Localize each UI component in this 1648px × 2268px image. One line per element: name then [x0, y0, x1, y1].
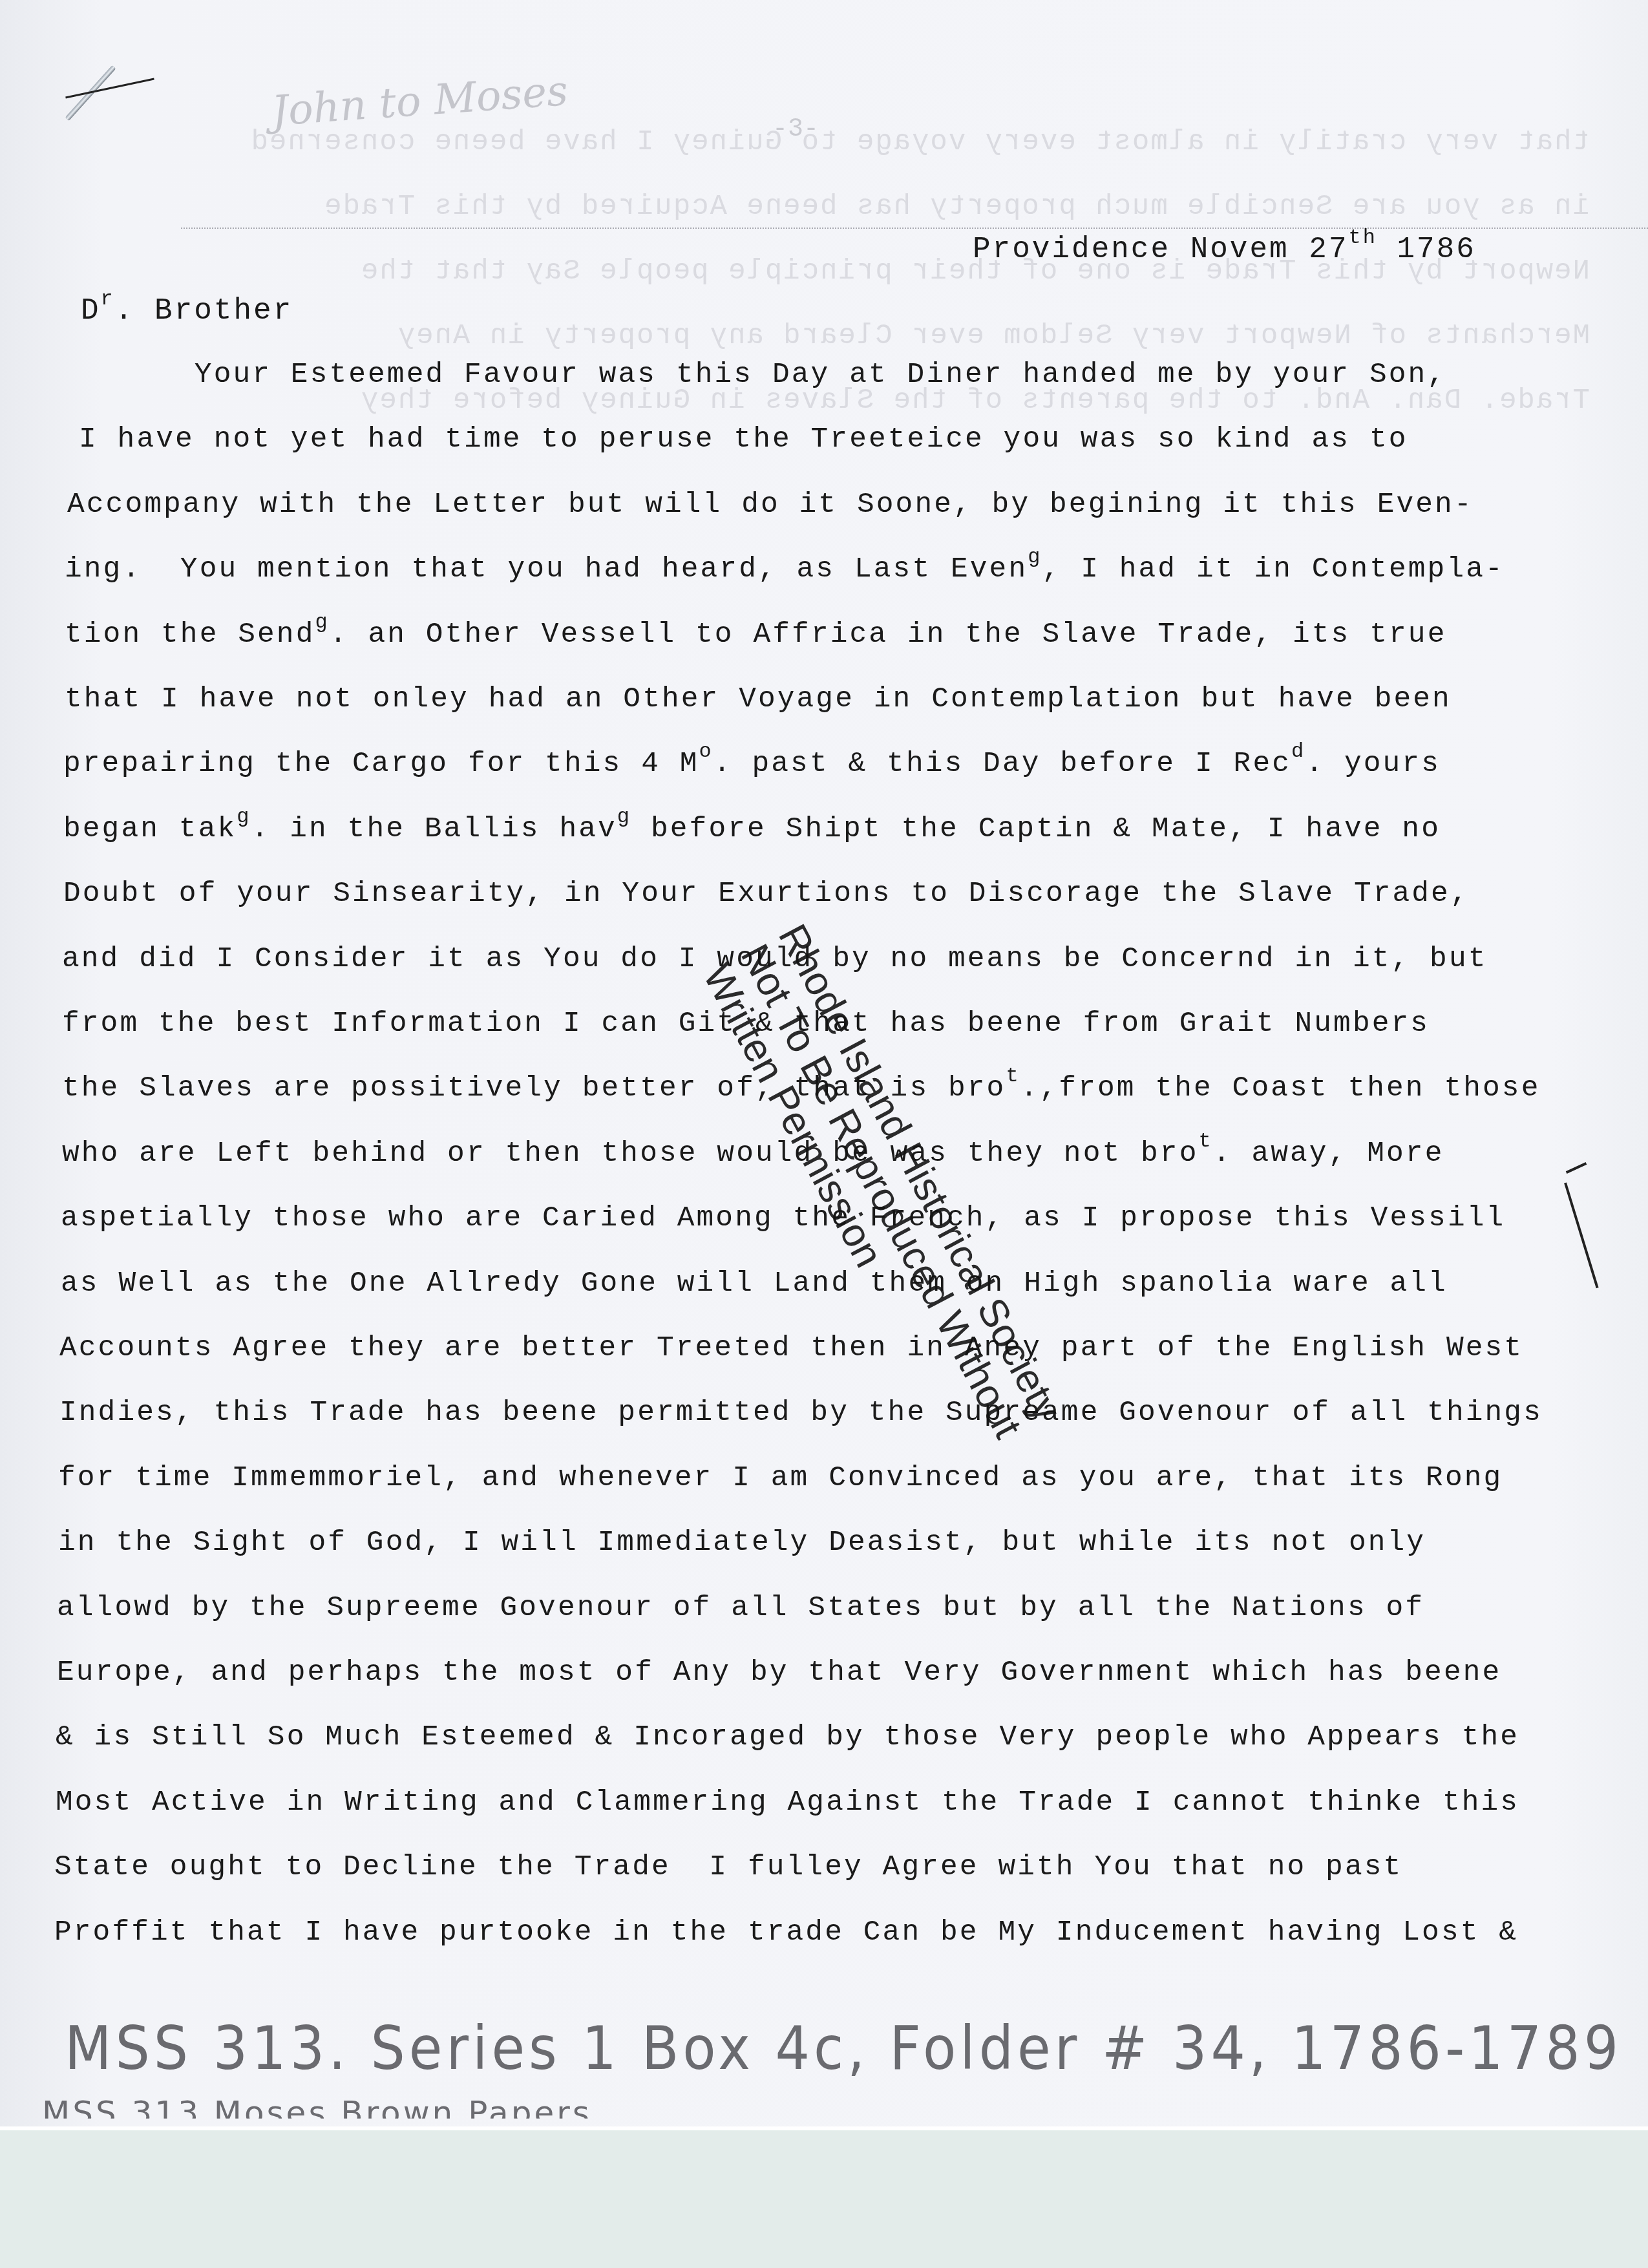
- line-text: Europe, and perhaps the most of Any by t…: [57, 1657, 1501, 1689]
- dateline-year: 1786: [1397, 233, 1476, 266]
- line-text: . away, More: [1213, 1138, 1444, 1170]
- letter-line: Accounts Agree they are better Treeted t…: [59, 1332, 1523, 1364]
- dateline: Providence Novem 27th 1786: [973, 233, 1476, 266]
- letter-line: Indies, this Trade has beene permitted b…: [59, 1397, 1543, 1429]
- superscript-abbrev: g: [315, 610, 329, 634]
- superscript-abbrev: t: [1198, 1129, 1212, 1153]
- line-text: Doubt of your Sinsearity, in Your Exurti…: [63, 878, 1470, 910]
- document-page: that very cratily in almost every voyage…: [0, 0, 1648, 2126]
- letter-line: in the Sight of God, I will Immediately …: [58, 1527, 1426, 1559]
- letter-line: aspetially those who are Caried Among th…: [61, 1202, 1505, 1235]
- line-text: & is Still So Much Esteemed & Incoraged …: [56, 1721, 1519, 1754]
- superscript-abbrev: o: [699, 739, 713, 763]
- bleedthrough-line: Merchants of Newport very Seldom ever Cl…: [90, 320, 1590, 352]
- line-text: Most Active in Writing and Clammering Ag…: [56, 1786, 1519, 1819]
- line-text: I have not yet had time to peruse the Tr…: [79, 423, 1408, 456]
- dotted-rule: [181, 228, 1648, 229]
- line-text: . past & this Day before I Rec: [713, 748, 1291, 780]
- letter-line: State ought to Decline the Trade I fulle…: [54, 1851, 1402, 1883]
- line-text: as Well as the One Allredy Gone will Lan…: [61, 1267, 1448, 1300]
- letter-line: & is Still So Much Esteemed & Incoraged …: [56, 1721, 1519, 1754]
- superscript-abbrev: g: [1028, 545, 1042, 569]
- line-text: , I had it in Contempla-: [1042, 553, 1505, 586]
- letter-line: began takg. in the Ballis havg before Sh…: [63, 813, 1441, 845]
- letter-line: ing. You mention that you had heard, as …: [65, 553, 1505, 586]
- pen-mark: [1564, 1182, 1599, 1288]
- letter-line: allowd by the Supreeme Govenour of all S…: [57, 1592, 1424, 1624]
- bleedthrough-line: in as you are Sencible much property has…: [90, 191, 1590, 223]
- line-text: . in the Ballis hav: [251, 813, 617, 845]
- line-text: allowd by the Supreeme Govenour of all S…: [57, 1592, 1424, 1624]
- salutation-prefix: D: [81, 294, 101, 328]
- dateline-day-suffix: th: [1349, 226, 1377, 249]
- line-text: before Shipt the Captin & Mate, I have n…: [631, 813, 1441, 845]
- line-text: .,from the Coast then those: [1020, 1072, 1541, 1105]
- line-text: began tak: [63, 813, 237, 845]
- letter-line: I have not yet had time to peruse the Tr…: [79, 423, 1408, 456]
- line-text: State ought to Decline the Trade I fulle…: [54, 1851, 1402, 1883]
- line-text: aspetially those who are Caried Among th…: [61, 1202, 1505, 1235]
- letter-line: as Well as the One Allredy Gone will Lan…: [61, 1267, 1448, 1300]
- letter-line: Your Esteemed Favour was this Day at Din…: [79, 359, 1446, 391]
- dateline-place: Providence Novem 27: [973, 233, 1349, 266]
- letter-line: that I have not onley had an Other Voyag…: [65, 683, 1452, 715]
- letter-line: Most Active in Writing and Clammering Ag…: [56, 1786, 1519, 1819]
- line-text: who are Left behind or then those would …: [62, 1138, 1198, 1170]
- salutation-sup: r: [101, 287, 115, 311]
- page-number: -3-: [772, 115, 819, 144]
- salutation-name: . Brother: [115, 294, 293, 328]
- superscript-abbrev: g: [237, 805, 251, 829]
- superscript-abbrev: d: [1291, 739, 1305, 763]
- superscript-abbrev: g: [617, 805, 631, 829]
- line-text: Accounts Agree they are better Treeted t…: [59, 1332, 1523, 1364]
- letter-line: for time Immemmoriel, and whenever I am …: [58, 1462, 1503, 1494]
- letter-line: tion the Sendg. an Other Vessell to Affr…: [65, 619, 1446, 651]
- line-text: ing. You mention that you had heard, as …: [65, 553, 1028, 586]
- pen-mark: [1566, 1162, 1587, 1174]
- letter-line: who are Left behind or then those would …: [62, 1138, 1444, 1170]
- line-text: Accompany with the Letter but will do it…: [67, 489, 1474, 521]
- line-text: that I have not onley had an Other Voyag…: [65, 683, 1452, 715]
- line-text: . an Other Vessell to Affrica in the Sla…: [330, 619, 1447, 651]
- letter-line: Doubt of your Sinsearity, in Your Exurti…: [63, 878, 1470, 910]
- scanner-bed: [0, 2126, 1648, 2268]
- letter-line: Europe, and perhaps the most of Any by t…: [57, 1657, 1501, 1689]
- archive-citation: MSS 313. Series 1 Box 4c, Folder # 34, 1…: [65, 2013, 1622, 2083]
- line-text: Indies, this Trade has beene permitted b…: [59, 1397, 1543, 1429]
- letter-line: Proffit that I have purtooke in the trad…: [54, 1916, 1518, 1949]
- line-text: Your Esteemed Favour was this Day at Din…: [79, 359, 1446, 391]
- salutation: Dr. Brother: [81, 294, 293, 328]
- letter-line: Accompany with the Letter but will do it…: [67, 489, 1474, 521]
- line-text: Proffit that I have purtooke in the trad…: [54, 1916, 1518, 1949]
- superscript-abbrev: t: [1006, 1064, 1020, 1088]
- line-text: prepairing the Cargo for this 4 M: [63, 748, 699, 780]
- line-text: for time Immemmoriel, and whenever I am …: [58, 1462, 1503, 1494]
- line-text: . yours: [1305, 748, 1441, 780]
- letter-line: prepairing the Cargo for this 4 Mo. past…: [63, 748, 1441, 780]
- line-text: in the Sight of God, I will Immediately …: [58, 1527, 1426, 1559]
- pen-mark: [65, 78, 154, 98]
- line-text: tion the Send: [65, 619, 315, 651]
